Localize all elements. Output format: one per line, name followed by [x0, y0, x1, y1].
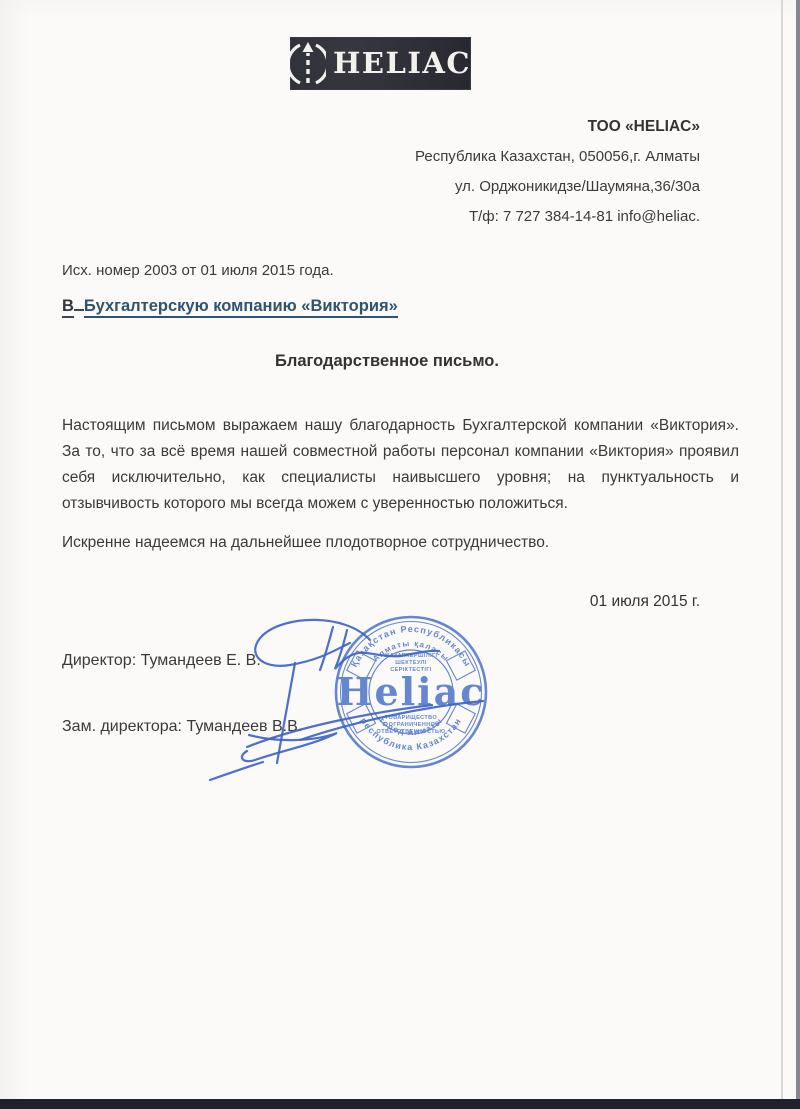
signatory-deputy-director: Зам. директора: Тумандеев В.В.: [62, 718, 302, 736]
stamp-arc-country-top: Қазақстан Республикасы: [349, 624, 473, 669]
stamp-arc-city-top: Алматы қаласы: [371, 639, 451, 663]
svg-text:С ОГРАНИЧЕННОЙ: С ОГРАНИЧЕННОЙ: [382, 720, 439, 728]
svg-text:ЖАУАПКЕРШІЛІГІ: ЖАУАПКЕРШІЛІГІ: [384, 653, 438, 659]
svg-text:СЕРІКТЕСТІГІ: СЕРІКТЕСТІГІ: [390, 667, 432, 673]
outgoing-ref-line: Исх. номер 2003 от 01 июля 2015 года.: [62, 262, 334, 279]
scan-bottom-border: [0, 1099, 800, 1109]
recipient-underline-gap: [74, 290, 84, 311]
letterhead-address-block: ТОО «HELIAC» Республика Казахстан, 05005…: [415, 112, 700, 232]
letter-title: Благодарственное письмо.: [62, 352, 712, 371]
stamp-arc-country-bottom: республика Казахстан: [358, 716, 463, 752]
recipient-line: ВБухгалтерскую компанию «Виктория»: [62, 290, 398, 316]
scanned-letter-page: HELIAC ТОО «HELIAC» Республика Казахстан…: [0, 0, 800, 1109]
stamp-center-wordmark: Heliac: [337, 669, 486, 714]
svg-text:ОТВЕТСТВЕННОСТЬЮ: ОТВЕТСТВЕННОСТЬЮ: [377, 729, 446, 735]
signatory-director: Директор: Тумандеев Е. В.: [62, 652, 261, 670]
address-line-3: Т/ф: 7 727 384-14-81 info@heliac.: [415, 202, 700, 232]
company-name: ТОО «HELIAC»: [415, 112, 700, 142]
signature-strokes: [210, 620, 483, 780]
stamp-and-signature-overlay: Қазақстан Республикасы Алматы қаласы гор…: [185, 595, 595, 800]
company-round-stamp: Қазақстан Республикасы Алматы қаласы гор…: [336, 617, 486, 767]
address-line-2: ул. Орджоникидзе/Шаумяна,36/30а: [415, 172, 700, 202]
svg-text:ШЕКТЕУЛІ: ШЕКТЕУЛІ: [395, 660, 427, 666]
stamp-small-text-top: ЖАУАПКЕРШІЛІГІ ШЕКТЕУЛІ СЕРІКТЕСТІГІ: [384, 653, 438, 673]
stamp-ribbon-wings: [347, 651, 476, 733]
letter-closing-line: Искренне надеемся на дальнейшее плодотво…: [62, 534, 549, 552]
scan-right-border: [796, 0, 800, 1109]
logo-wordmark: HELIAC: [333, 49, 471, 78]
company-logo: HELIAC: [290, 37, 471, 90]
scan-paper-edge-line: [781, 0, 783, 1100]
letter-body-paragraph: Настоящим письмом выражаем нашу благодар…: [62, 413, 739, 517]
address-line-1: Республика Казахстан, 050056,г. Алматы: [415, 142, 700, 172]
recipient-prefix: В: [62, 297, 74, 318]
stamp-arc-city-bottom: город Алматы: [378, 716, 445, 737]
letter-date: 01 июля 2015 г.: [590, 593, 700, 611]
logo-arrow-icon: [290, 41, 326, 87]
stamp-small-text-bottom: ТОВАРИЩЕСТВО С ОГРАНИЧЕННОЙ ОТВЕТСТВЕННО…: [377, 715, 446, 735]
svg-text:ТОВАРИЩЕСТВО: ТОВАРИЩЕСТВО: [385, 715, 437, 721]
recipient-company: Бухгалтерскую компанию «Виктория»: [84, 297, 398, 318]
